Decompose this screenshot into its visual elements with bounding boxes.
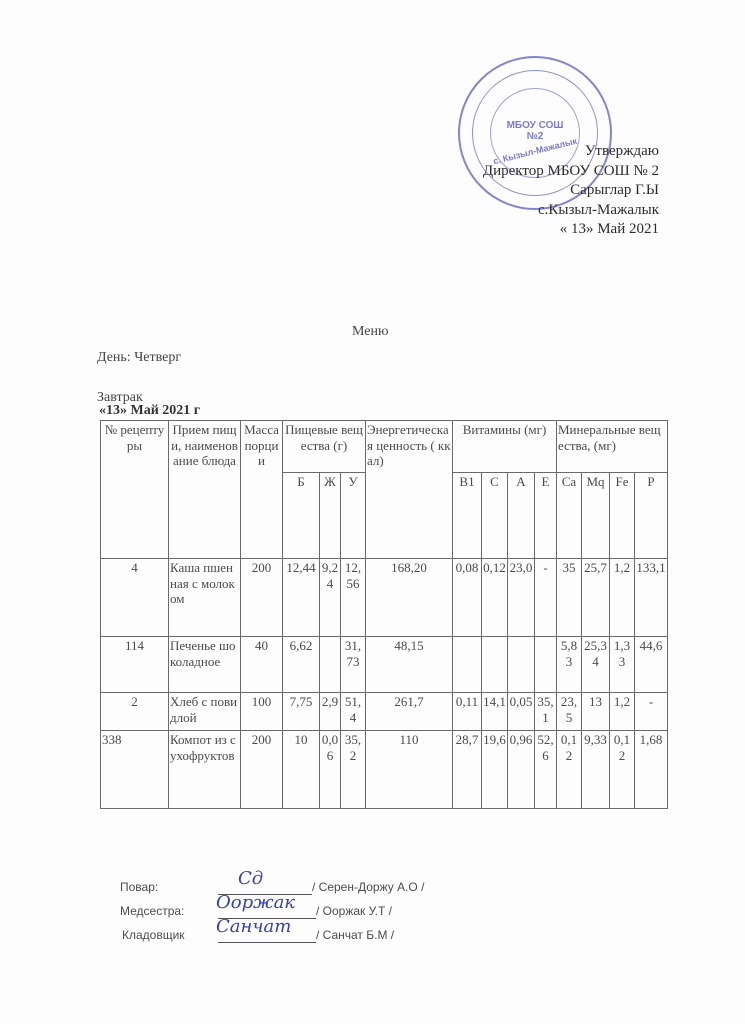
cell-vit-a: 0,05: [508, 693, 535, 731]
cell-min-mq: 13: [582, 693, 610, 731]
approval-signer: Сарыглар Г.Ы: [483, 181, 659, 201]
cell-carbs: 51,4: [341, 693, 366, 731]
page-title: Меню: [352, 324, 388, 340]
cell-min-fe: 1,2: [610, 693, 635, 731]
header-vitamins: Витамины (мг): [453, 421, 557, 473]
header-vit-a: А: [508, 473, 535, 559]
cell-meal-name: Компот из сухофруктов: [169, 731, 241, 809]
header-min-fe: Fe: [610, 473, 635, 559]
cell-vit-e: 35,1: [535, 693, 557, 731]
table-row: 4Каша пшенная с молоком20012,449,2412,56…: [101, 559, 668, 637]
header-min-ca: Са: [557, 473, 582, 559]
header-carbs: У: [341, 473, 366, 559]
cell-min-fe: 1,2: [610, 559, 635, 637]
cell-vit-e: [535, 637, 557, 693]
signature-role: Повар:: [120, 880, 158, 894]
header-min-mq: Mq: [582, 473, 610, 559]
approval-date: « 13» Май 2021: [483, 220, 659, 240]
cell-protein: 7,75: [283, 693, 320, 731]
cell-recipe-no: 114: [101, 637, 169, 693]
cell-min-mq: 25,34: [582, 637, 610, 693]
cell-mass: 40: [241, 637, 283, 693]
cell-fat: 0,06: [320, 731, 341, 809]
cell-min-p: 44,6: [635, 637, 668, 693]
cell-vit-b1: [453, 637, 482, 693]
header-mass: Масса порции: [241, 421, 283, 559]
cell-carbs: 31,73: [341, 637, 366, 693]
cell-min-p: -: [635, 693, 668, 731]
cell-vit-b1: 28,7: [453, 731, 482, 809]
cell-carbs: 12,56: [341, 559, 366, 637]
handwritten-signature: Сд: [238, 868, 263, 889]
cell-mass: 100: [241, 693, 283, 731]
cell-energy: 261,7: [366, 693, 453, 731]
header-meal-name: Прием пищи, наименование блюда: [169, 421, 241, 559]
cell-energy: 168,20: [366, 559, 453, 637]
cell-min-ca: 5,83: [557, 637, 582, 693]
cell-mass: 200: [241, 731, 283, 809]
cell-vit-a: 23,0: [508, 559, 535, 637]
signature-name: / Серен-Доржу А.О /: [312, 880, 424, 894]
signature-name: / Ооржак У.Т /: [316, 904, 392, 918]
header-minerals: Минеральные вещества, (мг): [557, 421, 668, 473]
signature-line: [218, 942, 316, 943]
cell-min-fe: 0,12: [610, 731, 635, 809]
cell-vit-c: 19,6: [482, 731, 508, 809]
cell-vit-c: 14,1: [482, 693, 508, 731]
cell-vit-e: -: [535, 559, 557, 637]
table-row: 2Хлеб с повидлой1007,752,951,4261,70,111…: [101, 693, 668, 731]
cell-meal-name: Печенье шоколадное: [169, 637, 241, 693]
approval-location: с.Кызыл-Мажалык: [483, 201, 659, 221]
cell-protein: 10: [283, 731, 320, 809]
approval-heading: Утверждаю: [483, 142, 659, 162]
cell-min-ca: 0,12: [557, 731, 582, 809]
cell-vit-e: 52,6: [535, 731, 557, 809]
approval-block: Утверждаю Директор МБОУ СОШ № 2 Сарыглар…: [483, 142, 659, 240]
header-nutrients: Пищевые вещества (г): [283, 421, 366, 473]
cell-mass: 200: [241, 559, 283, 637]
cell-vit-c: [482, 637, 508, 693]
cell-vit-b1: 0,11: [453, 693, 482, 731]
cell-meal-name: Хлеб с повидлой: [169, 693, 241, 731]
cell-recipe-no: 338: [101, 731, 169, 809]
header-energy: Энергетическая ценность ( ккал): [366, 421, 453, 559]
cell-vit-b1: 0,08: [453, 559, 482, 637]
cell-min-p: 1,68: [635, 731, 668, 809]
cell-fat: [320, 637, 341, 693]
cell-min-fe: 1,33: [610, 637, 635, 693]
cell-min-mq: 9,33: [582, 731, 610, 809]
cell-min-ca: 23,5: [557, 693, 582, 731]
cell-fat: 9,24: [320, 559, 341, 637]
cell-vit-a: [508, 637, 535, 693]
approval-position: Директор МБОУ СОШ № 2: [483, 162, 659, 182]
table-row: 114Печенье шоколадное406,6231,7348,155,8…: [101, 637, 668, 693]
cell-energy: 48,15: [366, 637, 453, 693]
cell-carbs: 35,2: [341, 731, 366, 809]
signature-role: Кладовщик: [122, 928, 185, 942]
header-min-p: Р: [635, 473, 668, 559]
cell-recipe-no: 4: [101, 559, 169, 637]
handwritten-signature: Санчат: [216, 916, 291, 937]
signature-name: / Санчат Б.М /: [316, 928, 394, 942]
header-vit-c: С: [482, 473, 508, 559]
cell-min-ca: 35: [557, 559, 582, 637]
header-fat: Ж: [320, 473, 341, 559]
cell-vit-c: 0,12: [482, 559, 508, 637]
cell-recipe-no: 2: [101, 693, 169, 731]
cell-vit-a: 0,96: [508, 731, 535, 809]
cell-meal-name: Каша пшенная с молоком: [169, 559, 241, 637]
table-row: 338Компот из сухофруктов200100,0635,2110…: [101, 731, 668, 809]
header-vit-e: Е: [535, 473, 557, 559]
table-header-row: № рецептуры Прием пищи, наименование блю…: [101, 421, 668, 473]
cell-min-mq: 25,7: [582, 559, 610, 637]
header-protein: Б: [283, 473, 320, 559]
day-label: День: Четверг: [97, 350, 181, 366]
header-recipe-no: № рецептуры: [101, 421, 169, 559]
menu-date: «13» Май 2021 г: [99, 403, 200, 419]
cell-protein: 6,62: [283, 637, 320, 693]
cell-protein: 12,44: [283, 559, 320, 637]
signature-role: Медсестра:: [120, 904, 184, 918]
header-vit-b1: В1: [453, 473, 482, 559]
cell-fat: 2,9: [320, 693, 341, 731]
cell-min-p: 133,1: [635, 559, 668, 637]
menu-table: № рецептуры Прием пищи, наименование блю…: [100, 420, 668, 809]
cell-energy: 110: [366, 731, 453, 809]
handwritten-signature: Ооржак: [216, 892, 295, 913]
